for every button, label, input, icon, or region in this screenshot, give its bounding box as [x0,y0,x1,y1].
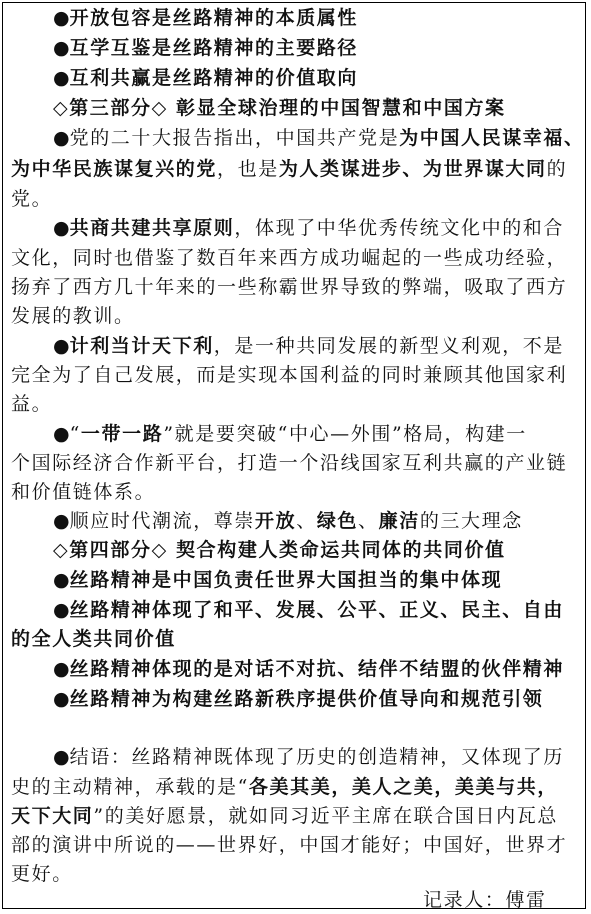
conclusion-line-4: 部的演讲中所说的——世界好，中国才能好；中国好，世界才 [11,831,577,860]
section-heading-part-4: ◇第四部分◇ 契合构建人类命运共同体的共同价值 [53,536,577,565]
bullet-item-common-values-line-1: ●丝路精神体现了和平、发展、公平、正义、民主、自由 [53,596,577,625]
paragraph-belt-road-line-3: 和价值链体系。 [11,478,577,507]
bullet-icon: ● [53,217,70,239]
document-frame: ●开放包容是丝路精神的本质属性 ●互学互鉴是丝路精神的主要路径 ●互利共赢是丝路… [2,2,586,909]
bullet-icon: ● [53,599,70,621]
paragraph-belt-road-line-1: ●“一带一路”就是要突破“中心—外围”格局，构建一 [53,420,577,449]
section-heading-part-3: ◇第三部分◇ 彰显全球治理的中国智慧和中国方案 [53,94,577,123]
bullet-icon: ● [53,67,70,89]
conclusion-line-2: 史的主动精神，承载的是“各美其美，美人之美，美美与共， [11,773,577,802]
bullet-icon: ● [53,423,70,445]
bullet-icon: ● [53,127,70,149]
paragraph-joint-principle-line-3: 扬弃了西方几十年来的一些称霸世界导致的弊端，吸取了西方 [11,273,577,302]
bullet-icon: ● [53,746,70,768]
paragraph-interest-line-1: ●计利当计天下利，是一种共同发展的新型义利观，不是 [53,332,577,361]
bullet-item-mutual-learning: ●互学互鉴是丝路精神的主要路径 [53,34,577,63]
bullet-item-openness: ●开放包容是丝路精神的本质属性 [53,4,577,33]
conclusion-line-5: 更好。 [11,860,577,889]
paragraph-belt-road-line-2: 个国际经济合作新平台，打造一个沿线国家互利共赢的产业链 [11,449,577,478]
paragraph-joint-principle-line-2: 文化，同时也借鉴了数百年来西方成功崛起的一些成功经验， [11,244,577,273]
paragraph-interest-line-2: 完全为了自己发展，而是实现本国利益的同时兼顾其他国家利 [11,361,577,390]
conclusion-line-3: 天下大同”的美好愿景，就如同习近平主席在联合国日内瓦总 [11,802,577,831]
bullet-icon: ● [53,335,70,357]
paragraph-20th-congress-line-1: ●党的二十大报告指出，中国共产党是为中国人民谋幸福、 [53,124,577,153]
paragraph-interest-line-3: 益。 [11,390,577,419]
recorder-signature: 记录人：傅雷 [423,886,547,914]
bullet-item-partnership: ●丝路精神体现的是对话不对抗、结伴不结盟的伙伴精神 [53,655,577,684]
paragraph-joint-principle-line-4: 发展的教训。 [11,302,577,331]
bullet-icon: ● [53,688,70,710]
bullet-icon: ● [53,658,70,680]
conclusion-line-1: ●结语：丝路精神既体现了历史的创造精神，又体现了历 [53,743,577,772]
bullet-item-common-values-line-2: 的全人类共同价值 [11,625,577,654]
bullet-icon: ● [53,7,70,29]
bullet-icon: ● [53,510,70,532]
paragraph-joint-principle-line-1: ●共商共建共享原则，体现了中华优秀传统文化中的和合 [53,214,577,243]
bullet-item-win-win: ●互利共赢是丝路精神的价值取向 [53,64,577,93]
paragraph-three-concepts: ●顺应时代潮流，尊崇开放、绿色、廉洁的三大理念 [53,507,577,536]
paragraph-20th-congress-line-3: 党。 [11,185,577,214]
bullet-item-new-order: ●丝路精神为构建丝路新秩序提供价值导向和规范引领 [53,685,577,714]
bullet-icon: ● [53,569,70,591]
paragraph-20th-congress-line-2: 为中华民族谋复兴的党，也是为人类谋进步、为世界谋大同的 [11,155,577,184]
bullet-icon: ● [53,37,70,59]
bullet-item-major-power: ●丝路精神是中国负责任世界大国担当的集中体现 [53,566,577,595]
